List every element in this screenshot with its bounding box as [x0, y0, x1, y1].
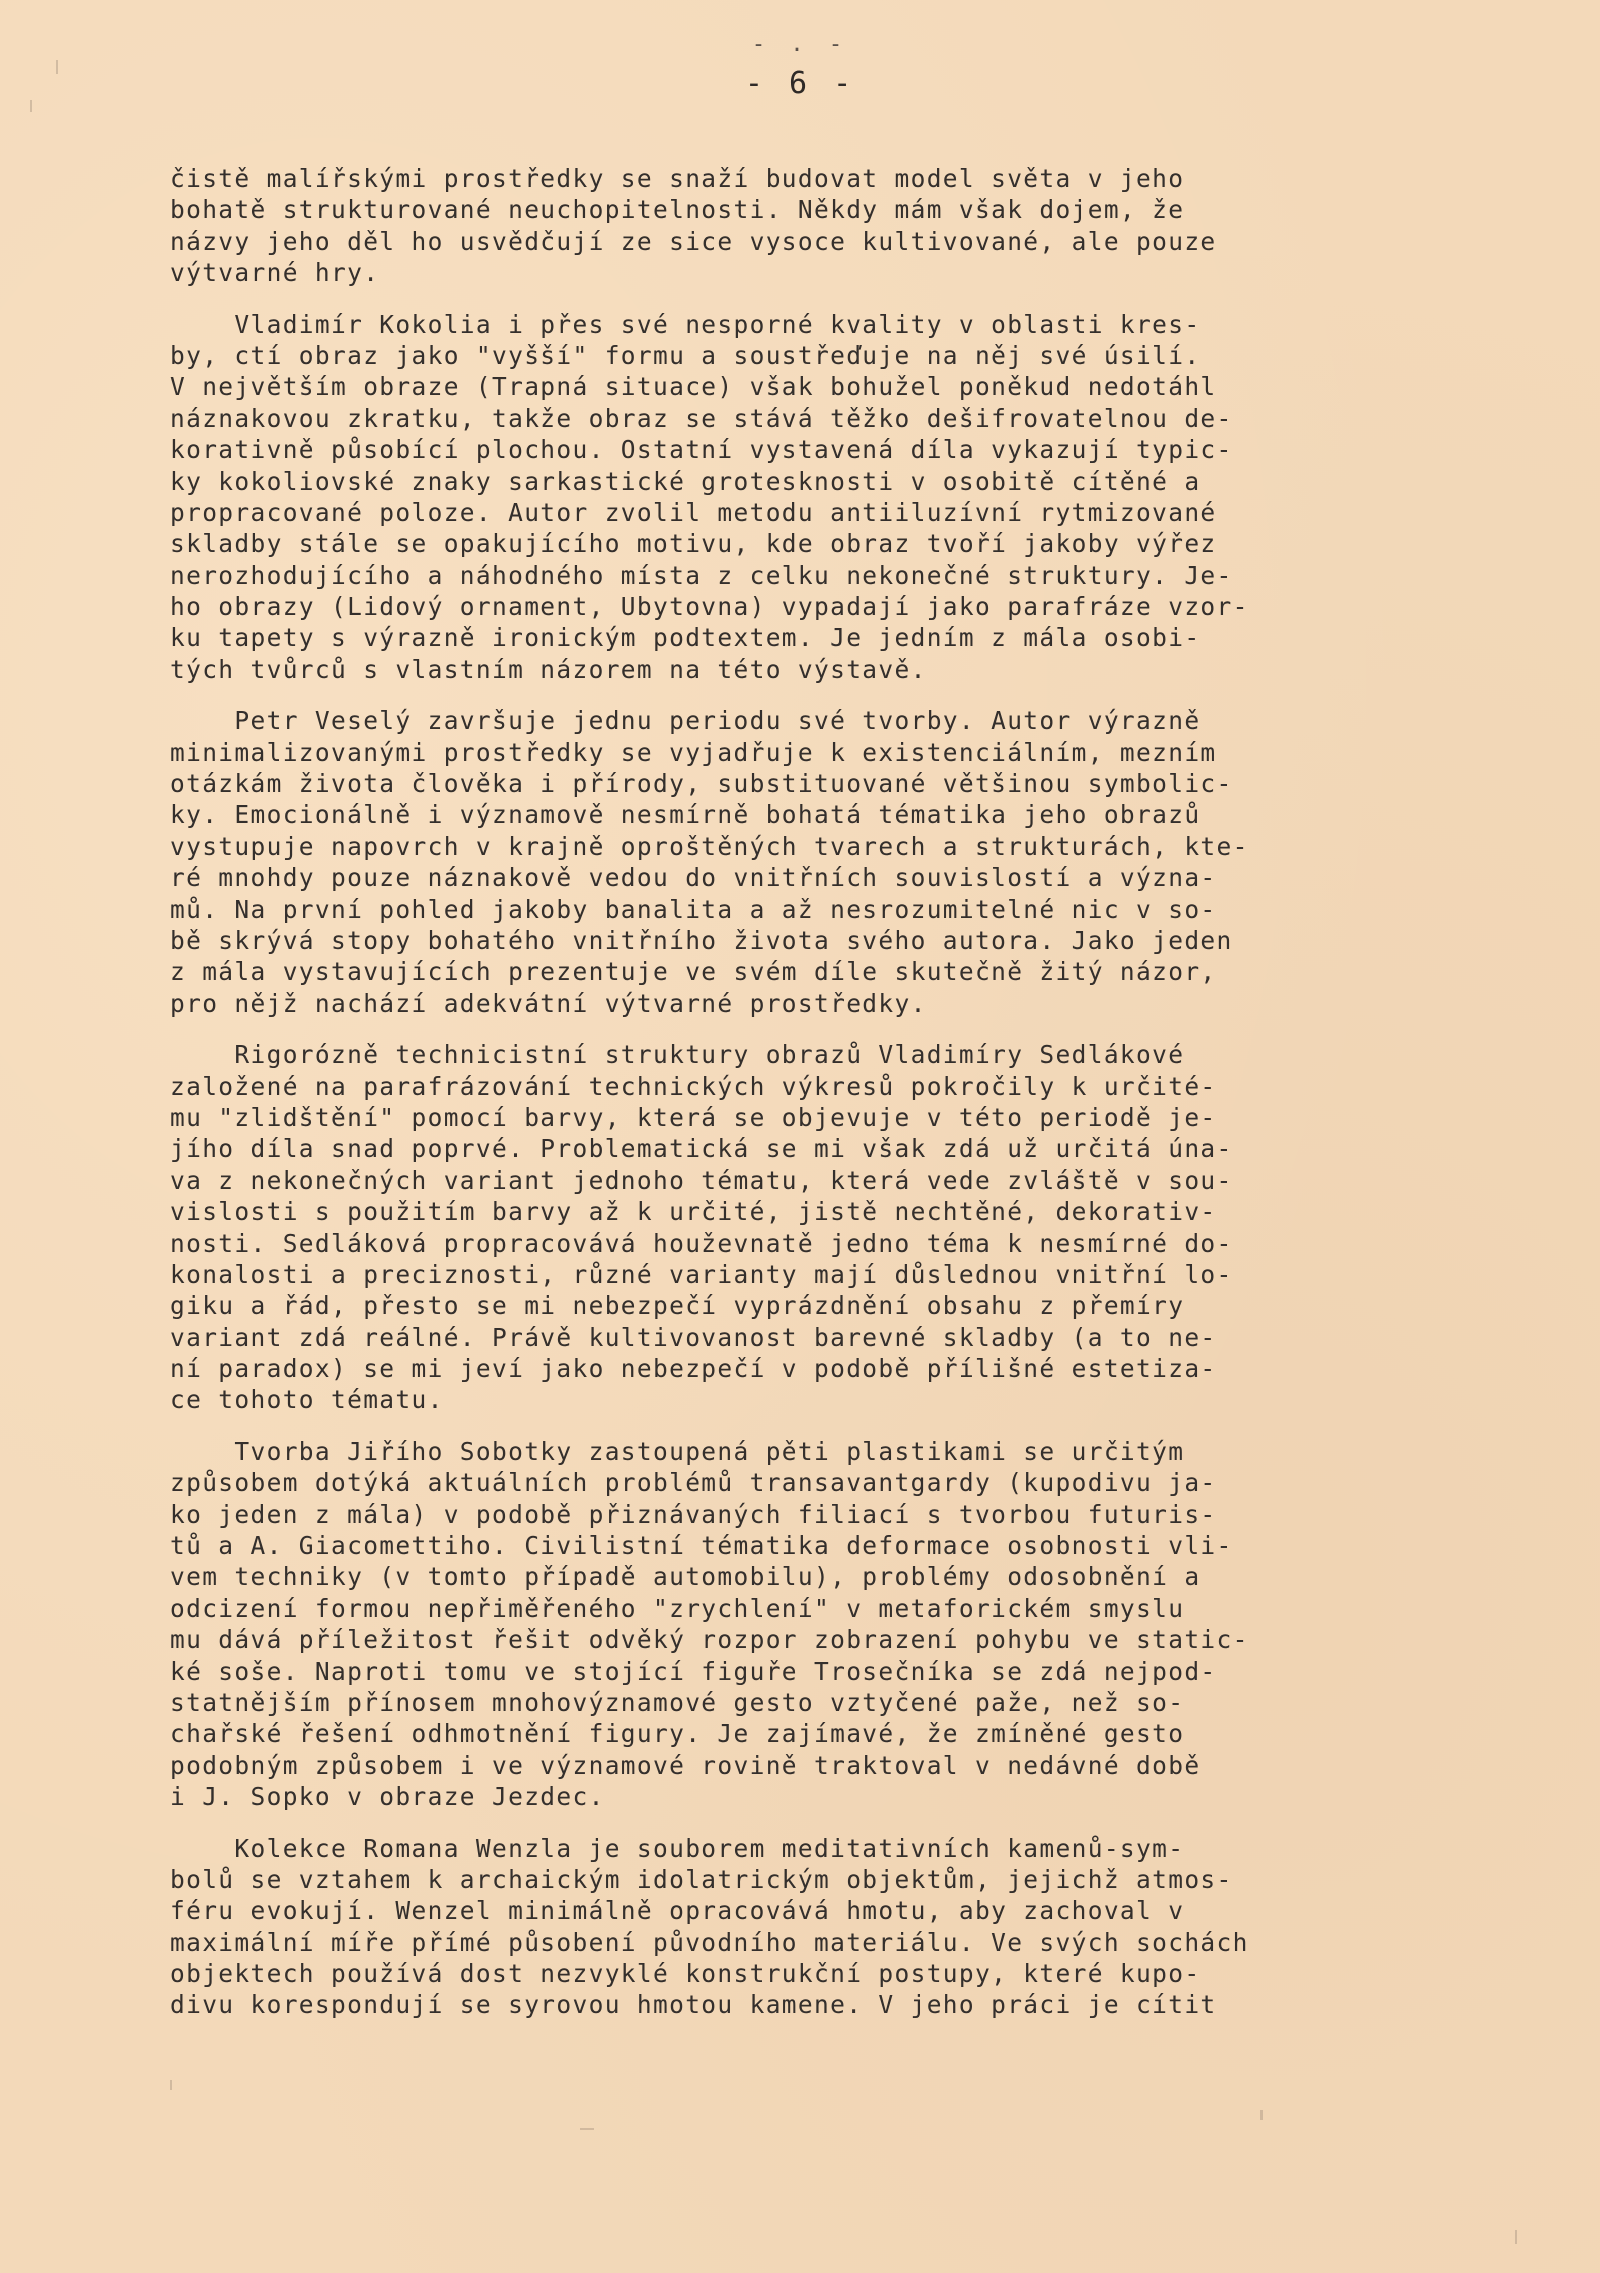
text-line: féru evokují. Wenzel minimálně opracováv… — [170, 1895, 1470, 1926]
text-line: tých tvůrců s vlastním názorem na této v… — [170, 654, 1470, 685]
text-line: z mála vystavujících prezentuje ve svém … — [170, 956, 1470, 987]
text-line: statnějším přínosem mnohovýznamové gesto… — [170, 1687, 1470, 1718]
text-line: ré mnohdy pouze náznakově vedou do vnitř… — [170, 862, 1470, 893]
paragraph-vesely: Petr Veselý završuje jednu periodu své t… — [170, 705, 1470, 1019]
text-line: Vladimír Kokolia i přes své nesporné kva… — [170, 309, 1470, 340]
text-line: názvy jeho děl ho usvědčují ze sice vyso… — [170, 226, 1470, 257]
paper-speck — [580, 2128, 594, 2130]
paragraph-intro-continuation: čistě malířskými prostředky se snaží bud… — [170, 163, 1470, 289]
text-line: korativně působící plochou. Ostatní vyst… — [170, 434, 1470, 465]
text-line: nerozhodujícího a náhodného místa z celk… — [170, 560, 1470, 591]
text-line: by, ctí obraz jako "vyšší" formu a soust… — [170, 340, 1470, 371]
text-line: Tvorba Jiřího Sobotky zastoupená pěti pl… — [170, 1436, 1470, 1467]
text-line: i J. Sopko v obraze Jezdec. — [170, 1781, 1470, 1812]
text-line: založené na parafrázování technických vý… — [170, 1071, 1470, 1102]
text-line: čistě malířskými prostředky se snaží bud… — [170, 163, 1470, 194]
text-line: pro nějž nachází adekvátní výtvarné pros… — [170, 988, 1470, 1019]
text-line: variant zdá reálné. Právě kultivovanost … — [170, 1322, 1470, 1353]
text-line: způsobem dotýká aktuálních problémů tran… — [170, 1467, 1470, 1498]
top-margin-mark: - . - — [0, 32, 1600, 57]
page-number: - 6 - — [0, 66, 1600, 101]
document-body: čistě malířskými prostředky se snaží bud… — [170, 163, 1470, 2041]
paper-speck — [30, 100, 32, 112]
text-line: Petr Veselý završuje jednu periodu své t… — [170, 705, 1470, 736]
text-line: giku a řád, přesto se mi nebezpečí vyprá… — [170, 1290, 1470, 1321]
text-line: tů a A. Giacomettiho. Civilistní tématik… — [170, 1530, 1470, 1561]
text-line: V největším obraze (Trapná situace) však… — [170, 371, 1470, 402]
text-line: náznakovou zkratku, takže obraz se stává… — [170, 403, 1470, 434]
text-line: podobným způsobem i ve významové rovině … — [170, 1750, 1470, 1781]
text-line: konalosti a preciznosti, různé varianty … — [170, 1259, 1470, 1290]
text-line: ky kokoliovské znaky sarkastické grotesk… — [170, 466, 1470, 497]
text-line: chařské řešení odhmotnění figury. Je zaj… — [170, 1718, 1470, 1749]
text-line: maximální míře přímé působení původního … — [170, 1927, 1470, 1958]
text-line: výtvarné hry. — [170, 257, 1470, 288]
text-line: bolů se vztahem k archaickým idolatrický… — [170, 1864, 1470, 1895]
paragraph-kokolia: Vladimír Kokolia i přes své nesporné kva… — [170, 309, 1470, 686]
text-line: propracované poloze. Autor zvolil metodu… — [170, 497, 1470, 528]
text-line: vislosti s použitím barvy až k určité, j… — [170, 1196, 1470, 1227]
text-line: vystupuje napovrch v krajně oproštěných … — [170, 831, 1470, 862]
text-line: bě skrývá stopy bohatého vnitřního život… — [170, 925, 1470, 956]
text-line: ké soše. Naproti tomu ve stojící figuře … — [170, 1656, 1470, 1687]
paragraph-sobotka: Tvorba Jiřího Sobotky zastoupená pěti pl… — [170, 1436, 1470, 1813]
paragraph-wenzel: Kolekce Romana Wenzla je souborem medita… — [170, 1833, 1470, 2021]
text-line: jího díla snad poprvé. Problematická se … — [170, 1133, 1470, 1164]
text-line: ku tapety s výrazně ironickým podtextem.… — [170, 622, 1470, 653]
text-line: divu korespondují se syrovou hmotou kame… — [170, 1989, 1470, 2020]
paper-speck — [1515, 2230, 1517, 2244]
document-page: - . - - 6 - čistě malířskými prostředky … — [0, 0, 1600, 2273]
text-line: ko jeden z mála) v podobě přiznávaných f… — [170, 1499, 1470, 1530]
text-line: bohatě strukturované neuchopitelnosti. N… — [170, 194, 1470, 225]
text-line: va z nekonečných variant jednoho tématu,… — [170, 1165, 1470, 1196]
paper-speck — [1260, 2110, 1263, 2120]
text-line: ní paradox) se mi jeví jako nebezpečí v … — [170, 1353, 1470, 1384]
text-line: odcizení formou nepřiměřeného "zrychlení… — [170, 1593, 1470, 1624]
text-line: mů. Na první pohled jakoby banalita a až… — [170, 894, 1470, 925]
text-line: objektech používá dost nezvyklé konstruk… — [170, 1958, 1470, 1989]
text-line: ce tohoto tématu. — [170, 1384, 1470, 1415]
text-line: nosti. Sedláková propracovává houževnatě… — [170, 1228, 1470, 1259]
paper-speck — [56, 60, 58, 74]
paper-speck — [170, 2080, 172, 2090]
text-line: mu dává příležitost řešit odvěký rozpor … — [170, 1624, 1470, 1655]
text-line: ky. Emocionálně i významově nesmírně boh… — [170, 799, 1470, 830]
text-line: minimalizovanými prostředky se vyjadřuje… — [170, 737, 1470, 768]
text-line: Rigorózně technicistní struktury obrazů … — [170, 1039, 1470, 1070]
paragraph-sedlakova: Rigorózně technicistní struktury obrazů … — [170, 1039, 1470, 1416]
text-line: Kolekce Romana Wenzla je souborem medita… — [170, 1833, 1470, 1864]
text-line: skladby stále se opakujícího motivu, kde… — [170, 528, 1470, 559]
text-line: vem techniky (v tomto případě automobilu… — [170, 1561, 1470, 1592]
text-line: mu "zlidštění" pomocí barvy, která se ob… — [170, 1102, 1470, 1133]
text-line: otázkám života člověka i přírody, substi… — [170, 768, 1470, 799]
text-line: ho obrazy (Lidový ornament, Ubytovna) vy… — [170, 591, 1470, 622]
